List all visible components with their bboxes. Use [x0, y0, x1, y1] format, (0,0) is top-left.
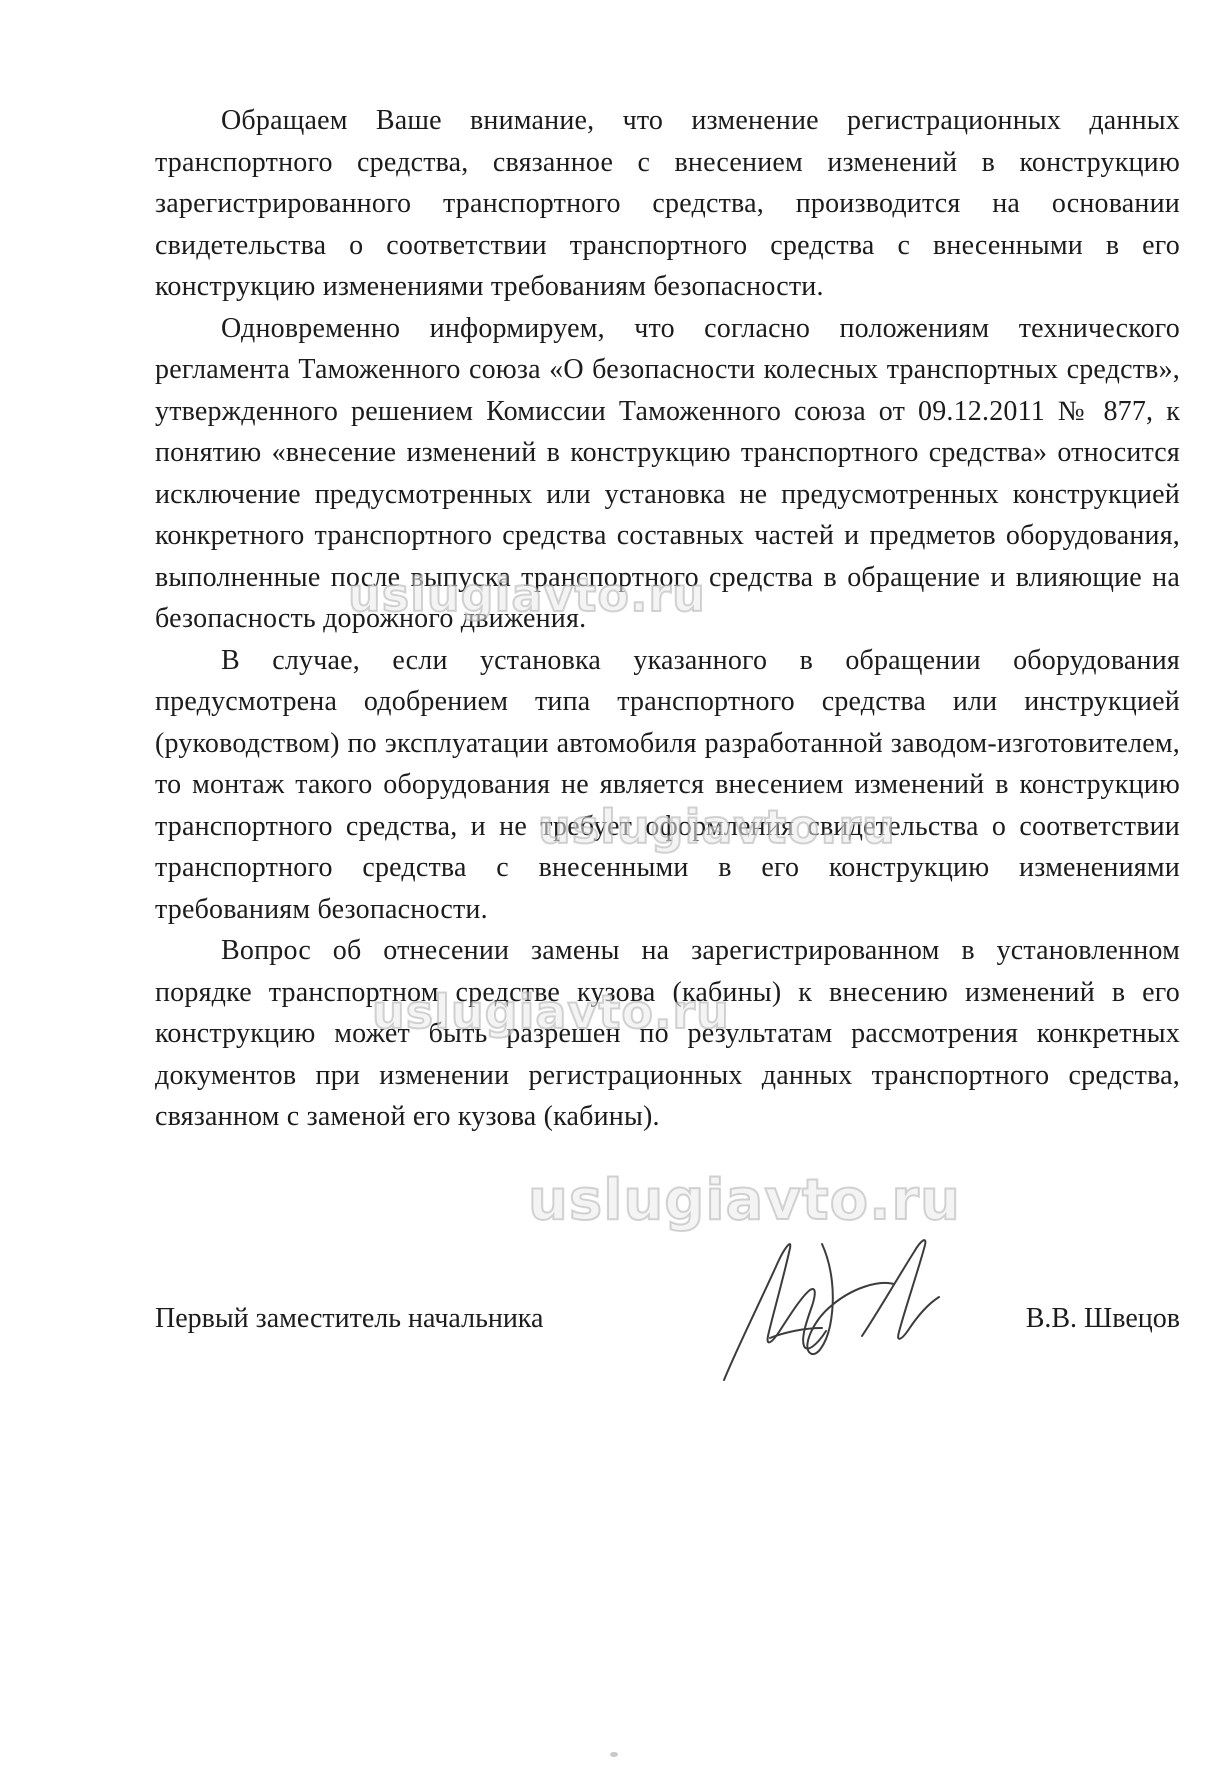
paragraph-2: Одновременно информируем, что согласно п… — [155, 308, 1180, 640]
paragraph-4: Вопрос об отнесении замены на зарегистри… — [155, 930, 1180, 1138]
signatory-position-title: Первый заместитель начальника — [155, 1303, 543, 1335]
paragraph-3: В случае, если установка указанного в об… — [155, 640, 1180, 931]
document-page: Обращаем Ваше внимание, что изменение ре… — [0, 0, 1228, 1773]
watermark-4: uslugiavto.ru — [528, 1168, 961, 1233]
signatory-name: В.В. Швецов — [1026, 1303, 1180, 1335]
paragraph-1: Обращаем Ваше внимание, что изменение ре… — [155, 100, 1180, 308]
scan-artifact-dot — [610, 1752, 618, 1757]
signature-line: Первый заместитель начальника В.В. Швецо… — [155, 1303, 1180, 1335]
letter-body: Обращаем Ваше внимание, что изменение ре… — [155, 100, 1180, 1138]
